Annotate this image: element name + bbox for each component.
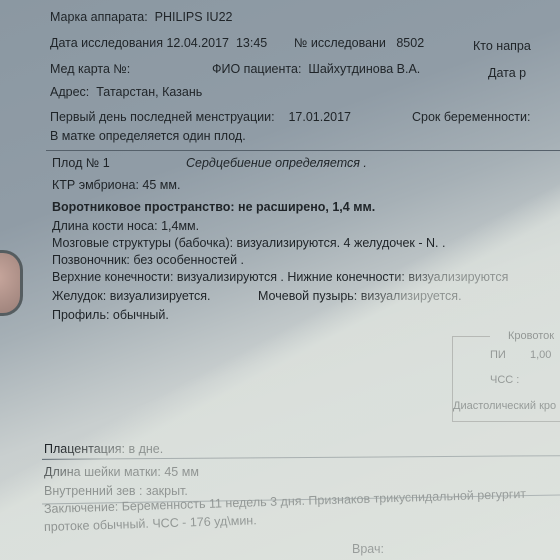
spine-line: Позвоночник: без особенностей . [52,253,244,267]
lmp-value: 17.01.2017 [288,110,351,124]
hr-label: ЧСС : [490,374,519,386]
pi-label: ПИ [490,349,506,361]
nasal-bone-line: Длина кости носа: 1,4мм. [52,219,199,233]
term-label: Срок беременности: [412,110,530,124]
birth-date-label: Дата р [488,66,526,80]
ktr-line: КТР эмбриона: 45 мм. [52,178,180,192]
finger [0,250,23,316]
referrer-label: Кто напра [473,39,531,53]
nuchal-line: Воротниковое пространство: не расширено,… [52,200,375,214]
placentation-line: Плацентация: в дне. [44,442,163,456]
cervix-length-line: Длина шейки матки: 45 мм [44,465,199,479]
divider [46,150,560,151]
exam-number: 8502 [396,36,424,50]
patient-label: ФИО пациента: [212,62,301,76]
patient-line: ФИО пациента: Шайхутдинова В.А. [212,62,420,76]
exam-date-line: Дата исследования 12.04.2017 13:45 [50,36,267,50]
patient-name: Шайхутдинова В.А. [308,62,420,76]
uterus-note: В матке определяется один плод. [50,129,246,143]
med-card-label: Мед карта №: [50,62,130,76]
exam-date-label: Дата исследования [50,36,163,50]
address-label: Адрес: [50,85,89,99]
lmp-line: Первый день последней менструации: 17.01… [50,110,351,124]
heartbeat-note: Сердцебиение определяется . [186,156,367,170]
conclusion-line-2: протоке обычный. ЧСС - 176 уд\мин. [44,513,257,534]
limbs-line: Верхние конечности: визуализируются . Ни… [52,270,508,284]
profile-line: Профиль: обычный. [52,308,169,322]
stomach-line: Желудок: визуализируется. [52,289,211,303]
exam-number-label: № исследовани [294,36,386,50]
doctor-label: Врач: [352,542,384,556]
device-line: Марка аппарата: PHILIPS IU22 [50,10,233,24]
exam-date: 12.04.2017 [166,36,229,50]
exam-time: 13:45 [236,36,267,50]
address-line: Адрес: Татарстан, Казань [50,85,202,99]
lmp-label: Первый день последней менструации: [50,110,275,124]
diastolic-label: Диастолический кро [453,400,556,412]
internal-os-line: Внутренний зев : закрыт. [44,484,188,498]
device-value: PHILIPS IU22 [155,10,233,24]
fetus-title: Плод № 1 [52,156,110,170]
address-value: Татарстан, Казань [96,85,202,99]
device-label: Марка аппарата: [50,10,148,24]
pi-value: 1,00 [530,349,551,361]
exam-number-line: № исследовани 8502 [294,36,424,50]
brain-line: Мозговые структуры (бабочка): визуализир… [52,236,445,250]
bloodflow-title: Кровоток [508,330,554,342]
bladder-line: Мочевой пузырь: визуализируется. [258,289,462,303]
